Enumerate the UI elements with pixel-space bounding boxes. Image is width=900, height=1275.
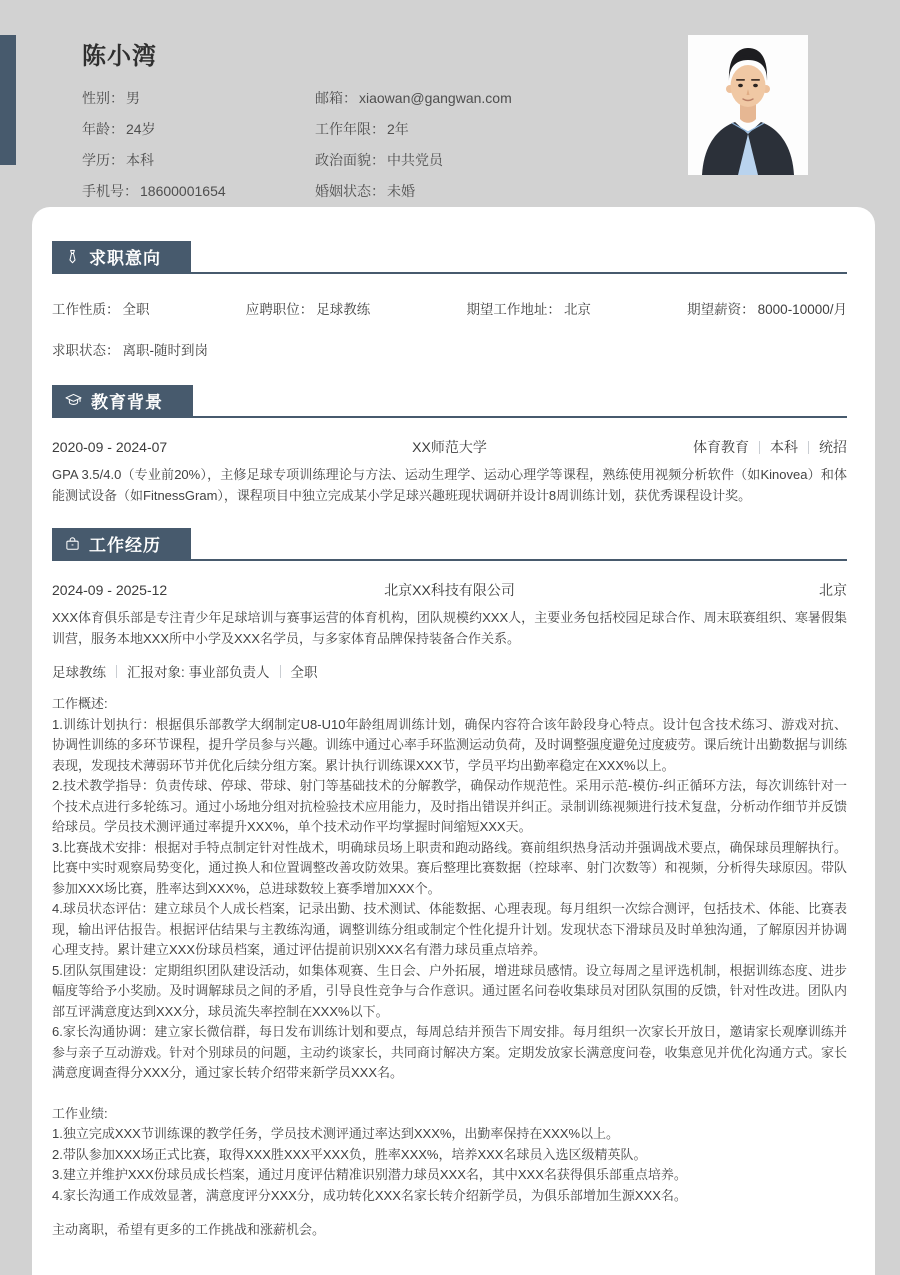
divider xyxy=(280,665,281,678)
duty-item: 6.家长沟通协调：建立家长微信群，每日发布训练计划和要点，每周总结并预告下周安排… xyxy=(52,1022,847,1084)
work-entry-row: 2024-09 - 2025-12 北京XX科技有限公司 北京 xyxy=(52,580,847,600)
field-label: 性别： xyxy=(82,90,124,106)
section-header-work: 工作经历 xyxy=(52,528,847,561)
field-label: 手机号： xyxy=(82,183,138,199)
field-target-location: 期望工作地址：北京 xyxy=(466,298,591,318)
section-title: 工作经历 xyxy=(89,531,161,556)
field-education: 学历：本科 xyxy=(82,150,315,170)
overview-title: 工作概述: xyxy=(52,694,847,715)
graduation-cap-icon xyxy=(65,393,82,408)
duty-item: 3.比赛战术安排：根据对手特点制定针对性战术，明确球员场上职责和跑动路线。赛前组… xyxy=(52,838,847,900)
field-value: xiaowan@gangwan.com xyxy=(359,90,512,106)
left-accent-bar xyxy=(0,35,16,165)
achievement-item: 1.独立完成XXX节训练课的教学任务，学员技术测评通过率达到XXX%，出勤率保持… xyxy=(52,1124,847,1145)
field-marital-status: 婚姻状态：未婚 xyxy=(315,181,662,201)
field-value: 2年 xyxy=(387,121,409,137)
section-title: 求职意向 xyxy=(89,244,161,269)
degree: 本科 xyxy=(770,437,798,457)
field-expected-salary: 期望薪资：8000-10000/月 xyxy=(687,298,847,318)
section-header-education: 教育背景 xyxy=(52,385,847,418)
field-political-status: 政治面貌：中共党员 xyxy=(315,150,662,170)
resume-card: 求职意向 工作性质：全职 应聘职位：足球教练 期望工作地址：北京 期望薪资：80… xyxy=(32,207,875,1275)
school-name: XX师范大学 xyxy=(412,437,487,457)
section-education: 教育背景 2020-09 - 2024-07 XX师范大学 体育教育 本科 统招… xyxy=(52,385,847,506)
education-entry-row: 2020-09 - 2024-07 XX师范大学 体育教育 本科 统招 xyxy=(52,437,847,457)
field-label: 工作年限： xyxy=(315,121,385,137)
field-gender: 性别：男 xyxy=(82,88,315,108)
field-target-position: 应聘职位：足球教练 xyxy=(246,298,371,318)
leave-reason: 主动离职，希望有更多的工作挑战和涨薪机会。 xyxy=(52,1220,847,1241)
duty-item: 5.团队氛围建设：定期组织团队建设活动，如集体观赛、生日会、户外拓展，增进球员感… xyxy=(52,961,847,1023)
field-value: 24岁 xyxy=(126,121,156,137)
resume-header: 陈小湾 性别：男 邮箱：xiaowan@gangwan.com 年龄：24岁 工… xyxy=(82,36,662,201)
section-header-job-intention: 求职意向 xyxy=(52,241,847,274)
position-title: 足球教练 xyxy=(52,661,106,681)
field-value: 全职 xyxy=(123,302,150,317)
field-value: 中共党员 xyxy=(387,152,443,168)
education-period: 2020-09 - 2024-07 xyxy=(52,439,412,455)
work-location: 北京 xyxy=(515,580,847,600)
divider xyxy=(759,441,760,454)
field-label: 婚姻状态： xyxy=(315,183,385,199)
achievement-item: 3.建立并维护XXX份球员成长档案，通过月度评估精准识别潜力球员XXX名，其中X… xyxy=(52,1165,847,1186)
field-label: 求职状态： xyxy=(52,343,120,358)
candidate-name: 陈小湾 xyxy=(82,36,662,71)
field-value: 本科 xyxy=(126,152,154,168)
work-overview-block: 工作概述: 1.训练计划执行：根据俱乐部教学大纲制定U8-U10年龄组周训练计划… xyxy=(52,694,847,1084)
achievement-item: 4.家长沟通工作成效显著，满意度评分XXX分，成功转化XXX名家长转介绍新学员，… xyxy=(52,1186,847,1207)
field-email: 邮箱：xiaowan@gangwan.com xyxy=(315,88,662,108)
tie-icon xyxy=(65,249,80,265)
profile-photo xyxy=(688,35,808,175)
job-intention-badge: 求职意向 xyxy=(52,241,191,272)
education-badge: 教育背景 xyxy=(52,385,193,416)
briefcase-icon xyxy=(65,536,80,552)
portrait-illustration xyxy=(688,35,808,175)
divider xyxy=(808,441,809,454)
field-value: 北京 xyxy=(564,302,591,317)
section-title: 教育背景 xyxy=(91,388,163,413)
job-intention-fields: 工作性质：全职 应聘职位：足球教练 期望工作地址：北京 期望薪资：8000-10… xyxy=(52,298,847,359)
employment-type: 全职 xyxy=(291,661,318,681)
field-label: 年龄： xyxy=(82,121,124,137)
achievement-item: 2.带队参加XXX场正式比赛，取得XXX胜XXX平XXX负，胜率XXX%，培养X… xyxy=(52,1145,847,1166)
field-value: 离职-随时到岗 xyxy=(123,343,209,358)
field-value: 18600001654 xyxy=(140,183,226,199)
duty-item: 4.球员状态评估：建立球员个人成长档案，记录出勤、技术测试、体能数据、心理表现。… xyxy=(52,899,847,961)
report-to: 汇报对象: 事业部负责人 xyxy=(127,661,270,681)
field-label: 期望薪资： xyxy=(687,302,755,317)
field-label: 工作性质： xyxy=(52,302,120,317)
enrollment-type: 统招 xyxy=(819,437,847,457)
divider xyxy=(116,665,117,678)
work-achievement-block: 工作业绩: 1.独立完成XXX节训练课的教学任务，学员技术测评通过率达到XXX%… xyxy=(52,1104,847,1207)
field-value: 未婚 xyxy=(387,183,415,199)
field-work-years: 工作年限：2年 xyxy=(315,119,662,139)
field-value: 足球教练 xyxy=(316,302,370,317)
achievement-title: 工作业绩: xyxy=(52,1104,847,1125)
field-age: 年龄：24岁 xyxy=(82,119,315,139)
education-meta: 体育教育 本科 统招 xyxy=(487,437,847,457)
work-period: 2024-09 - 2025-12 xyxy=(52,582,384,598)
job-intention-row1: 工作性质：全职 应聘职位：足球教练 期望工作地址：北京 期望薪资：8000-10… xyxy=(52,298,847,318)
duty-item: 2.技术教学指导：负责传球、停球、带球、射门等基础技术的分解教学，确保动作规范性… xyxy=(52,776,847,838)
field-label: 邮箱： xyxy=(315,90,357,106)
job-intention-row2: 求职状态：离职-随时到岗 xyxy=(52,339,847,359)
education-description: GPA 3.5/4.0（专业前20%），主修足球专项训练理论与方法、运动生理学、… xyxy=(52,465,847,506)
duty-item: 1.训练计划执行：根据俱乐部教学大纲制定U8-U10年龄组周训练计划，确保内容符… xyxy=(52,715,847,777)
field-label: 期望工作地址： xyxy=(466,302,561,317)
major: 体育教育 xyxy=(693,437,749,457)
field-label: 应聘职位： xyxy=(246,302,314,317)
field-job-nature: 工作性质：全职 xyxy=(52,298,150,318)
section-work: 工作经历 2024-09 - 2025-12 北京XX科技有限公司 北京 XXX… xyxy=(52,528,847,1241)
header-fields: 性别：男 邮箱：xiaowan@gangwan.com 年龄：24岁 工作年限：… xyxy=(82,88,662,201)
company-intro: XXX体育俱乐部是专注青少年足球培训与赛事运营的体育机构，团队规模约XXX人，主… xyxy=(52,608,847,649)
field-value: 男 xyxy=(126,90,140,106)
work-badge: 工作经历 xyxy=(52,528,191,559)
company-name: 北京XX科技有限公司 xyxy=(384,580,515,600)
position-row: 足球教练 汇报对象: 事业部负责人 全职 xyxy=(52,661,847,681)
field-label: 政治面貌： xyxy=(315,152,385,168)
field-value: 8000-10000/月 xyxy=(758,302,847,317)
field-phone: 手机号：18600001654 xyxy=(82,181,315,201)
field-job-status: 求职状态：离职-随时到岗 xyxy=(52,343,208,358)
field-label: 学历： xyxy=(82,152,124,168)
